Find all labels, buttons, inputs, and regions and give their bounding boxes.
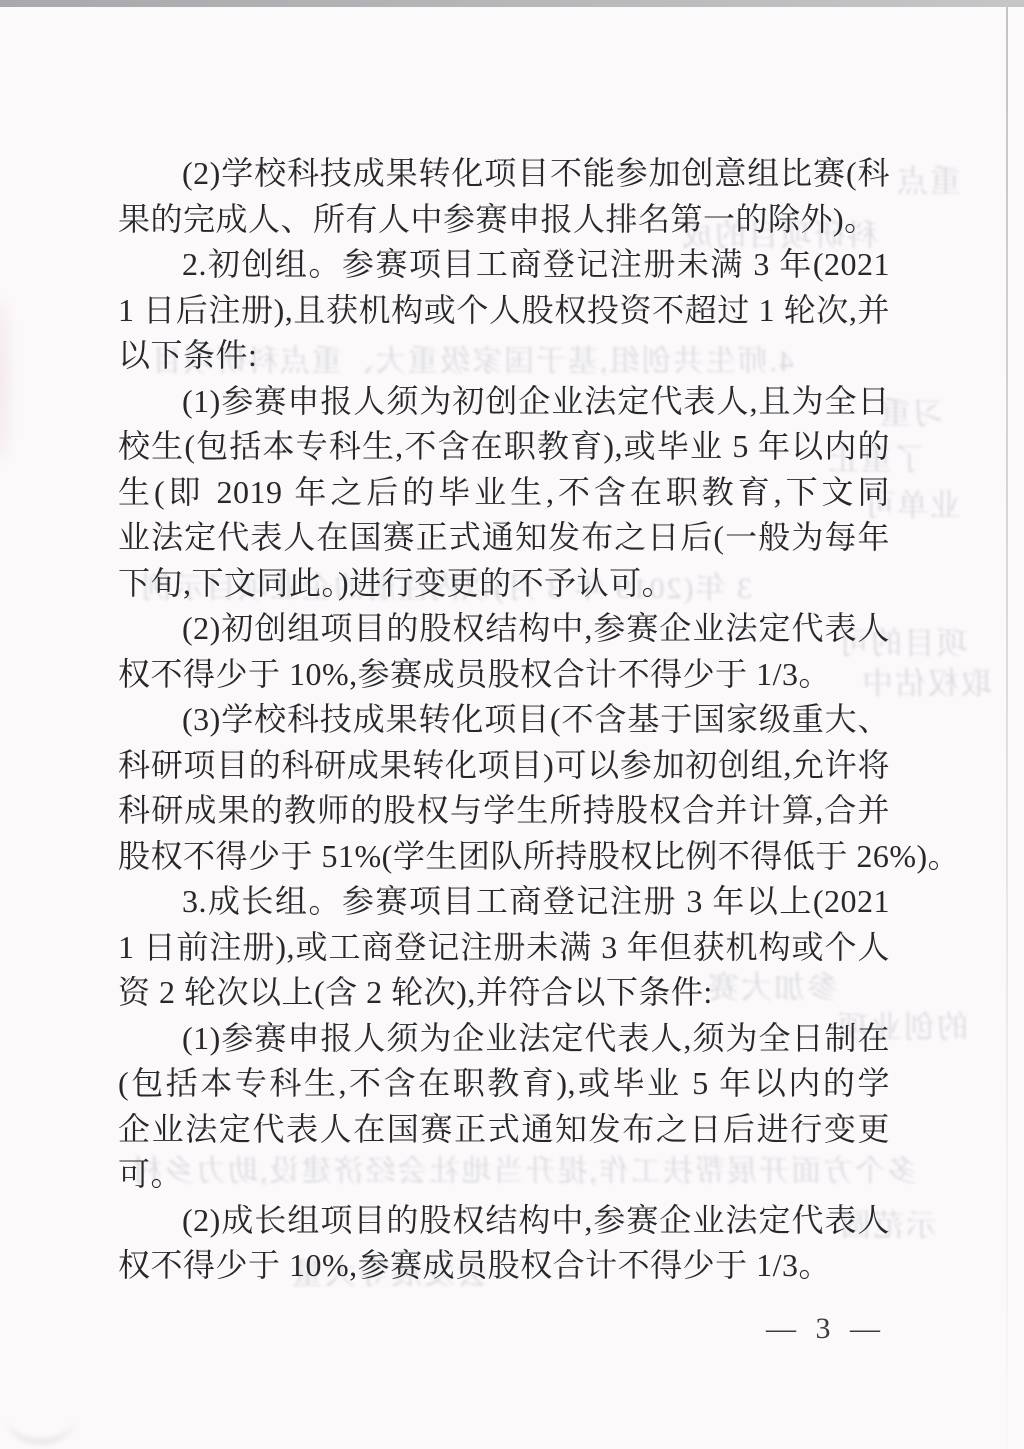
page-number: — 3 — (766, 1312, 886, 1346)
text-line: (2)学校科技成果转化项目不能参加创意组比赛(科技成 (118, 151, 890, 197)
scan-fold-line-artifact (1006, 7, 1008, 1449)
bleed-through-text: 重点 (895, 156, 961, 201)
text-line: 以下条件: (118, 333, 890, 379)
text-line: 权不得少于 10%,参赛成员股权合计不得少于 1/3。 (118, 652, 890, 698)
scan-smudge (0, 300, 8, 460)
text-line: 资 2 轮次以上(含 2 轮次),并符合以下条件: (118, 970, 890, 1016)
text-line: 业法定代表人在国赛正式通知发布之日后(一般为每年 3 月中 (118, 515, 890, 561)
text-line: (1)参赛申报人须为企业法定代表人,须为全日制在校生 (118, 1016, 890, 1062)
text-line: (3)学校科技成果转化项目(不含基于国家级重大、重点 (118, 697, 890, 743)
text-line: 校生(包括本专科生,不含在职教育),或毕业 5 年以内的学 (118, 424, 890, 470)
text-line: 3.成长组。参赛项目工商登记注册 3 年以上(2021 年 3 月 (118, 879, 890, 925)
text-line: 1 日前注册),或工商登记注册未满 3 年但获机构或个人股权投 (118, 925, 890, 971)
text-line: 1 日后注册),且获机构或个人股权投资不超过 1 轮次,并符合 (118, 288, 890, 334)
text-line: 果的完成人、所有人中参赛申报人排名第一的除外)。 (118, 197, 890, 243)
text-line: 2.初创组。参赛项目工商登记注册未满 3 年(2021 年 3 月 (118, 242, 890, 288)
text-line: 生(即 2019 年之后的毕业生,不含在职教育,下文同此)。企 (118, 470, 890, 516)
scan-smudge (6, 1390, 76, 1443)
scanned-document-page: 重点 科研项目的成 4.师生共创组,基于国家级重大、重点科研项目 习重 了重止 … (0, 0, 1024, 1449)
text-line: 下旬,下文同此。)进行变更的不予认可。 (118, 561, 890, 607)
text-line: 科研项目的科研成果转化项目)可以参加初创组,允许将拥有 (118, 743, 890, 789)
text-line: (2)成长组项目的股权结构中,参赛企业法定代表人的股 (118, 1198, 890, 1244)
text-line: (包括本专科生,不含在职教育),或毕业 5 年以内的学生。 (118, 1061, 890, 1107)
text-line: 股权不得少于 51%(学生团队所持股权比例不得低于 26%)。 (118, 834, 890, 880)
scan-top-edge-artifact (0, 0, 1024, 7)
text-line: 可。 (118, 1152, 890, 1198)
text-line: (2)初创组项目的股权结构中,参赛企业法定代表人的股 (118, 606, 890, 652)
text-line: 企业法定代表人在国赛正式通知发布之日后进行变更的不予认 (118, 1107, 890, 1153)
text-line: 权不得少于 10%,参赛成员股权合计不得少于 1/3。 (118, 1243, 890, 1289)
document-body-text: (2)学校科技成果转化项目不能参加创意组比赛(科技成 果的完成人、所有人中参赛申… (118, 151, 890, 1289)
text-line: (1)参赛申报人须为初创企业法定代表人,且为全日制在 (118, 379, 890, 425)
text-line: 科研成果的教师的股权与学生所持股权合并计算,合并计算的 (118, 788, 890, 834)
